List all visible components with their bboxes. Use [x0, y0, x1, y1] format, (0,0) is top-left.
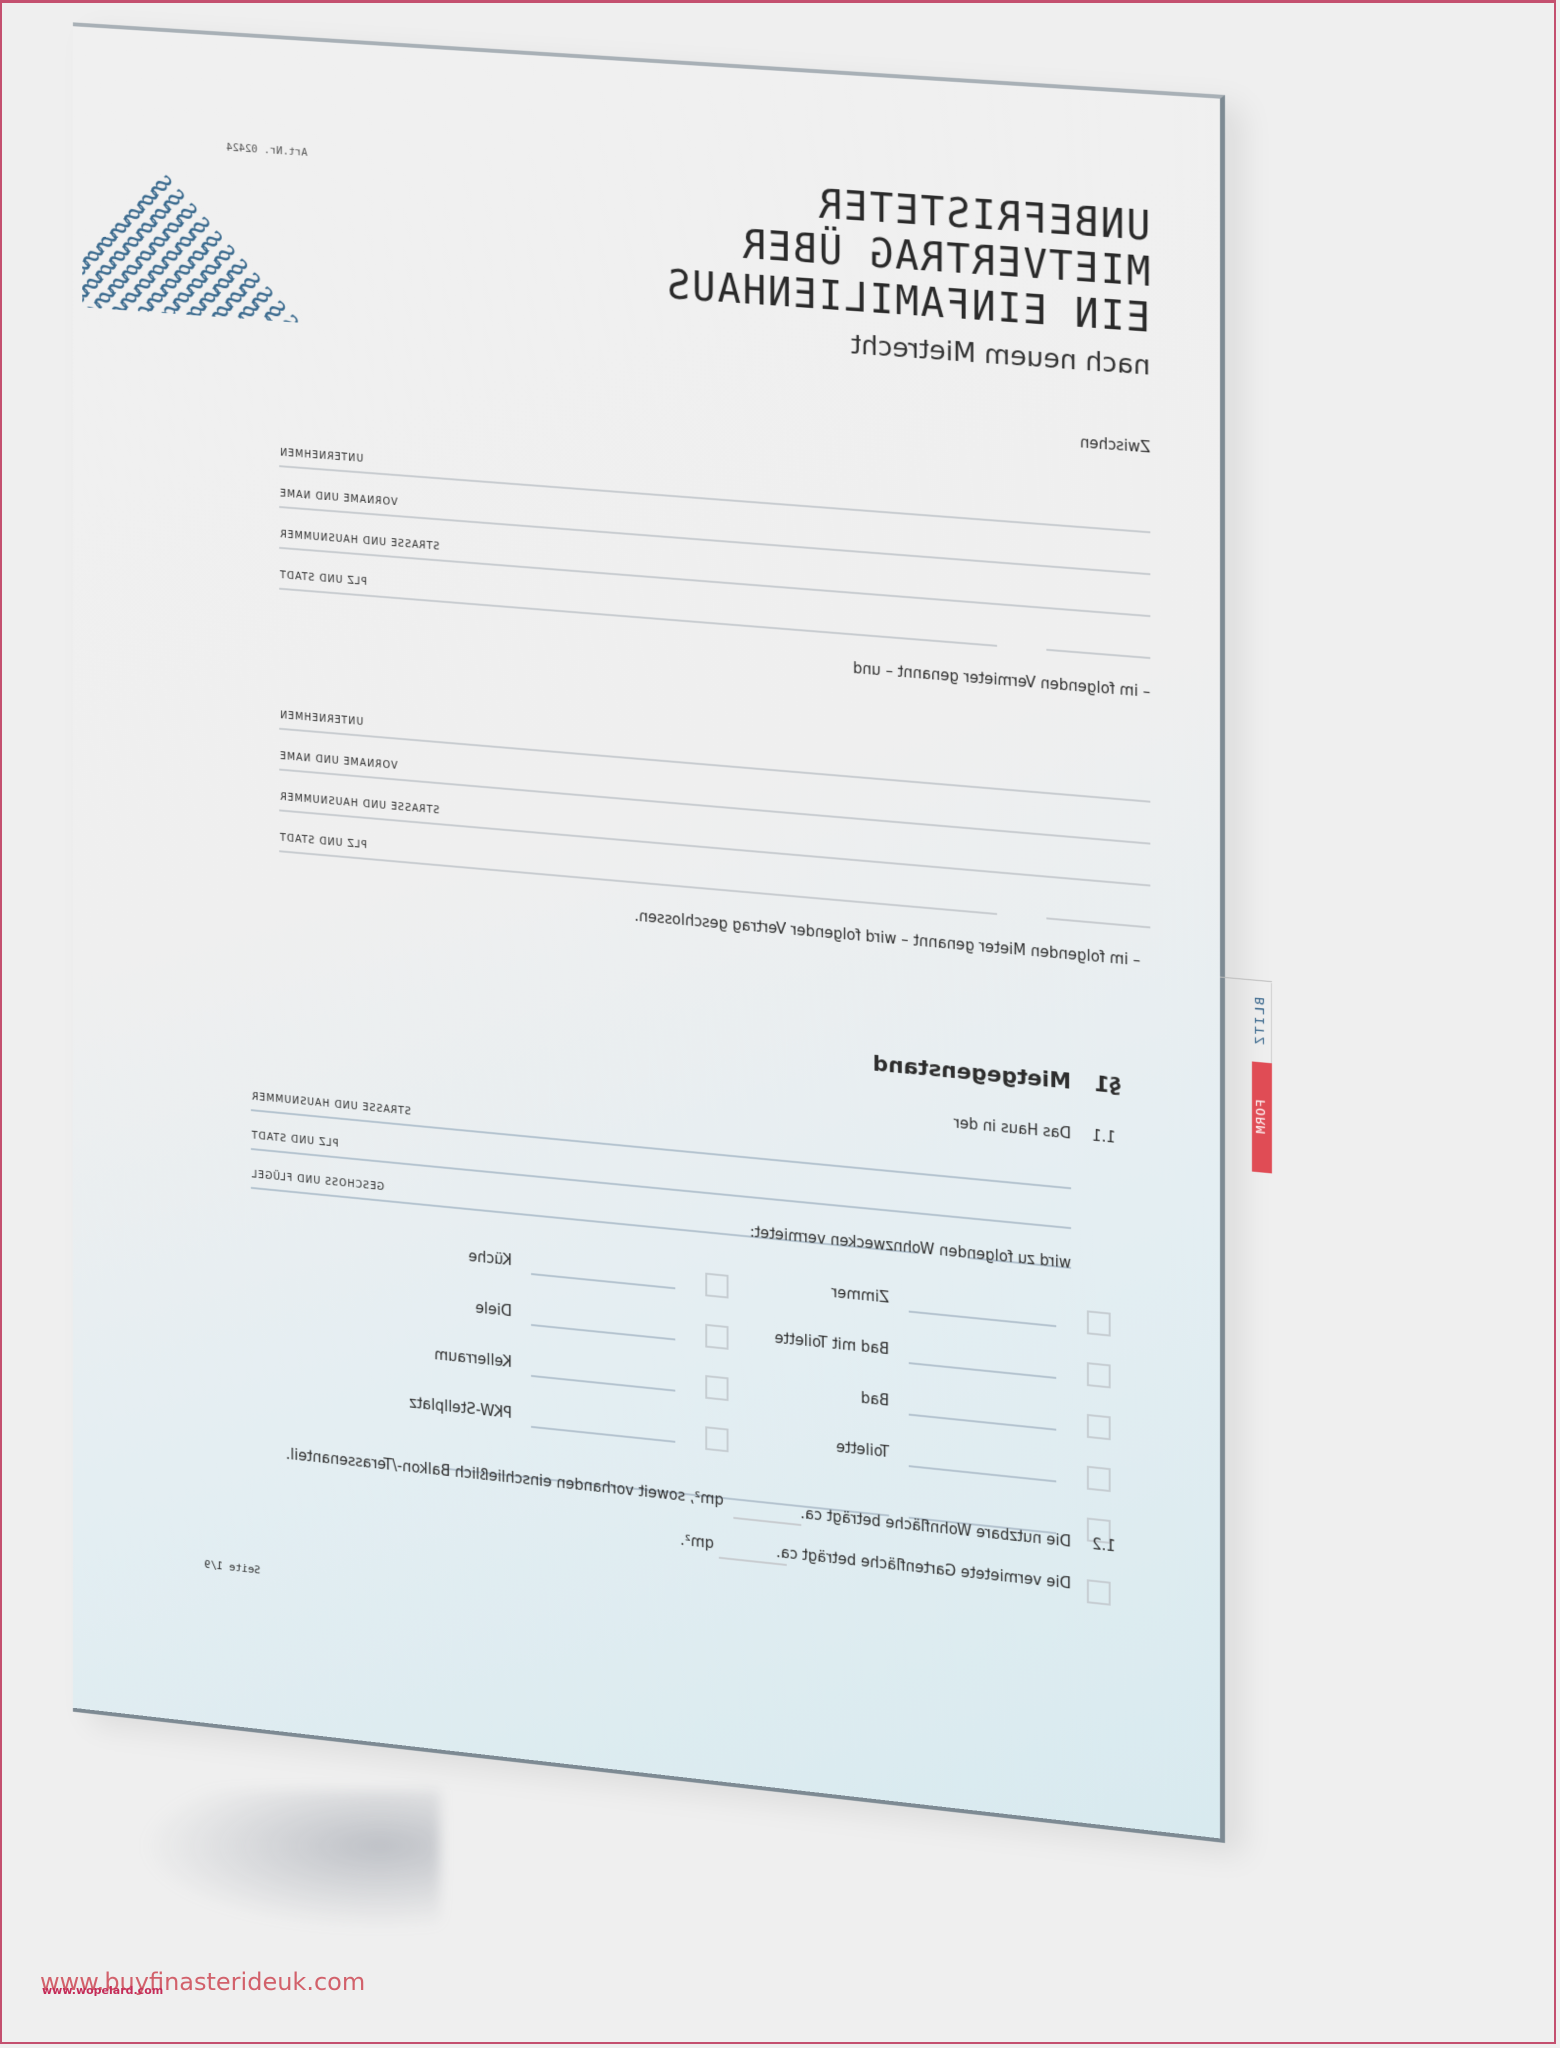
living-area-text: Die nutzbare Wohnfläche beträgt ca.	[800, 1504, 1071, 1550]
landlord-fields: UNTERNEHMENVORNAME UND NAMESTRASSE UND H…	[73, 26, 1220, 98]
room-checkbox[interactable]	[1087, 1466, 1111, 1492]
field-label: STRASSE UND HAUSNUMMER	[279, 792, 469, 819]
field-label: STRASSE UND HAUSNUMMER	[251, 1092, 440, 1121]
postal-code-input[interactable]	[1046, 917, 1150, 928]
garden-area-suffix: qm².	[680, 1531, 714, 1552]
room-checkbox[interactable]	[1087, 1414, 1111, 1440]
document-title: UNBEFRISTETER MIETVERTRAG ÜBER EIN EINFA…	[665, 172, 1150, 390]
mirrored-document: UNBEFRISTETER MIETVERTRAG ÜBER EIN EINFA…	[0, 0, 1560, 2048]
room-label: Diele	[475, 1299, 512, 1320]
room-checklist: ZimmerBad mit ToiletteBadToiletteKücheDi…	[73, 26, 1220, 98]
property-fields: STRASSE UND HAUSNUMMERPLZ UND STADTGESCH…	[73, 26, 1220, 98]
room-count-input[interactable]	[909, 1362, 1057, 1379]
section-title: Mietgegenstand	[873, 1052, 1071, 1095]
field-label: GESCHOSS UND FLÜGEL	[251, 1169, 440, 1198]
room-checkbox[interactable]	[705, 1375, 728, 1401]
field-label: PLZ UND STADT	[279, 833, 469, 860]
room-count-input[interactable]	[531, 1375, 675, 1392]
room-checkbox[interactable]	[705, 1273, 728, 1299]
logo-rule	[1220, 977, 1272, 983]
field-label: PLZ UND STADT	[279, 570, 469, 596]
landlord-suffix: – im folgenden Vermieter genannt – und	[853, 659, 1150, 701]
living-area-input[interactable]	[733, 1517, 801, 1526]
room-label: Toilette	[836, 1438, 889, 1461]
room-count-input[interactable]	[909, 1311, 1057, 1328]
tenant-fields: UNTERNEHMENVORNAME UND NAMESTRASSE UND H…	[73, 26, 1220, 98]
garden-area-text: Die vermietete Gartenfläche beträgt ca.	[776, 1543, 1071, 1592]
room-checkbox[interactable]	[1087, 1362, 1111, 1388]
between-label: Zwischen	[1080, 433, 1150, 456]
room-label: PKW-Stellplatz	[409, 1394, 512, 1422]
postal-code-input[interactable]	[1046, 649, 1150, 659]
living-area-suffix: qm², soweit vorhanden einschließlich Bal…	[286, 1445, 724, 1509]
section-number: §1	[1095, 1072, 1121, 1099]
room-checkbox[interactable]	[705, 1324, 728, 1350]
room-checkbox[interactable]	[1087, 1310, 1111, 1336]
contract-page: UNBEFRISTETER MIETVERTRAG ÜBER EIN EINFA…	[73, 22, 1225, 1843]
logo-blue-text: BLITZ	[1251, 981, 1272, 1063]
room-label: Zimmer	[831, 1283, 889, 1307]
city-input[interactable]	[279, 850, 997, 915]
field-label: UNTERNEHMEN	[279, 710, 469, 737]
paragraph-pattern-decoration: §§§§§§§§§§§§§§§§§§§§§§§§§§§§§§§§§§§§§§§§…	[82, 85, 298, 323]
room-label: Bad mit Toilette	[775, 1329, 890, 1358]
room-checkbox[interactable]	[705, 1426, 728, 1452]
clause-1-2-number: 1.2	[1092, 1535, 1116, 1555]
room-label: Bad	[861, 1389, 889, 1410]
room-count-input[interactable]	[909, 1465, 1057, 1482]
room-label: Kellerraum	[434, 1345, 512, 1371]
field-label: VORNAME UND NAME	[279, 751, 469, 778]
room-count-input[interactable]	[531, 1324, 675, 1341]
watermark-overlay-url: www.wopelard.com	[42, 1984, 163, 1997]
clause-1-1-text: Das Haus in der	[954, 1114, 1071, 1143]
garden-checkbox[interactable]	[1087, 1579, 1111, 1605]
logo-red-text: FORM	[1252, 1061, 1272, 1173]
tenant-suffix: – im folgenden Mieter genannt – wird fol…	[634, 907, 1140, 970]
room-count-input[interactable]	[909, 1414, 1057, 1431]
room-label: Küche	[468, 1247, 512, 1269]
field-label: PLZ UND STADT	[251, 1131, 440, 1160]
room-count-input[interactable]	[531, 1273, 675, 1289]
room-count-input[interactable]	[531, 1426, 675, 1443]
formblitz-logo: BLITZ FORM	[1232, 1030, 1272, 1174]
purpose-text: wird zu folgenden Wohnzwecken vermietet:	[750, 1223, 1071, 1272]
clause-1-1-number: 1.1	[1092, 1127, 1116, 1147]
page-number: Seite 1/9	[204, 1558, 260, 1577]
